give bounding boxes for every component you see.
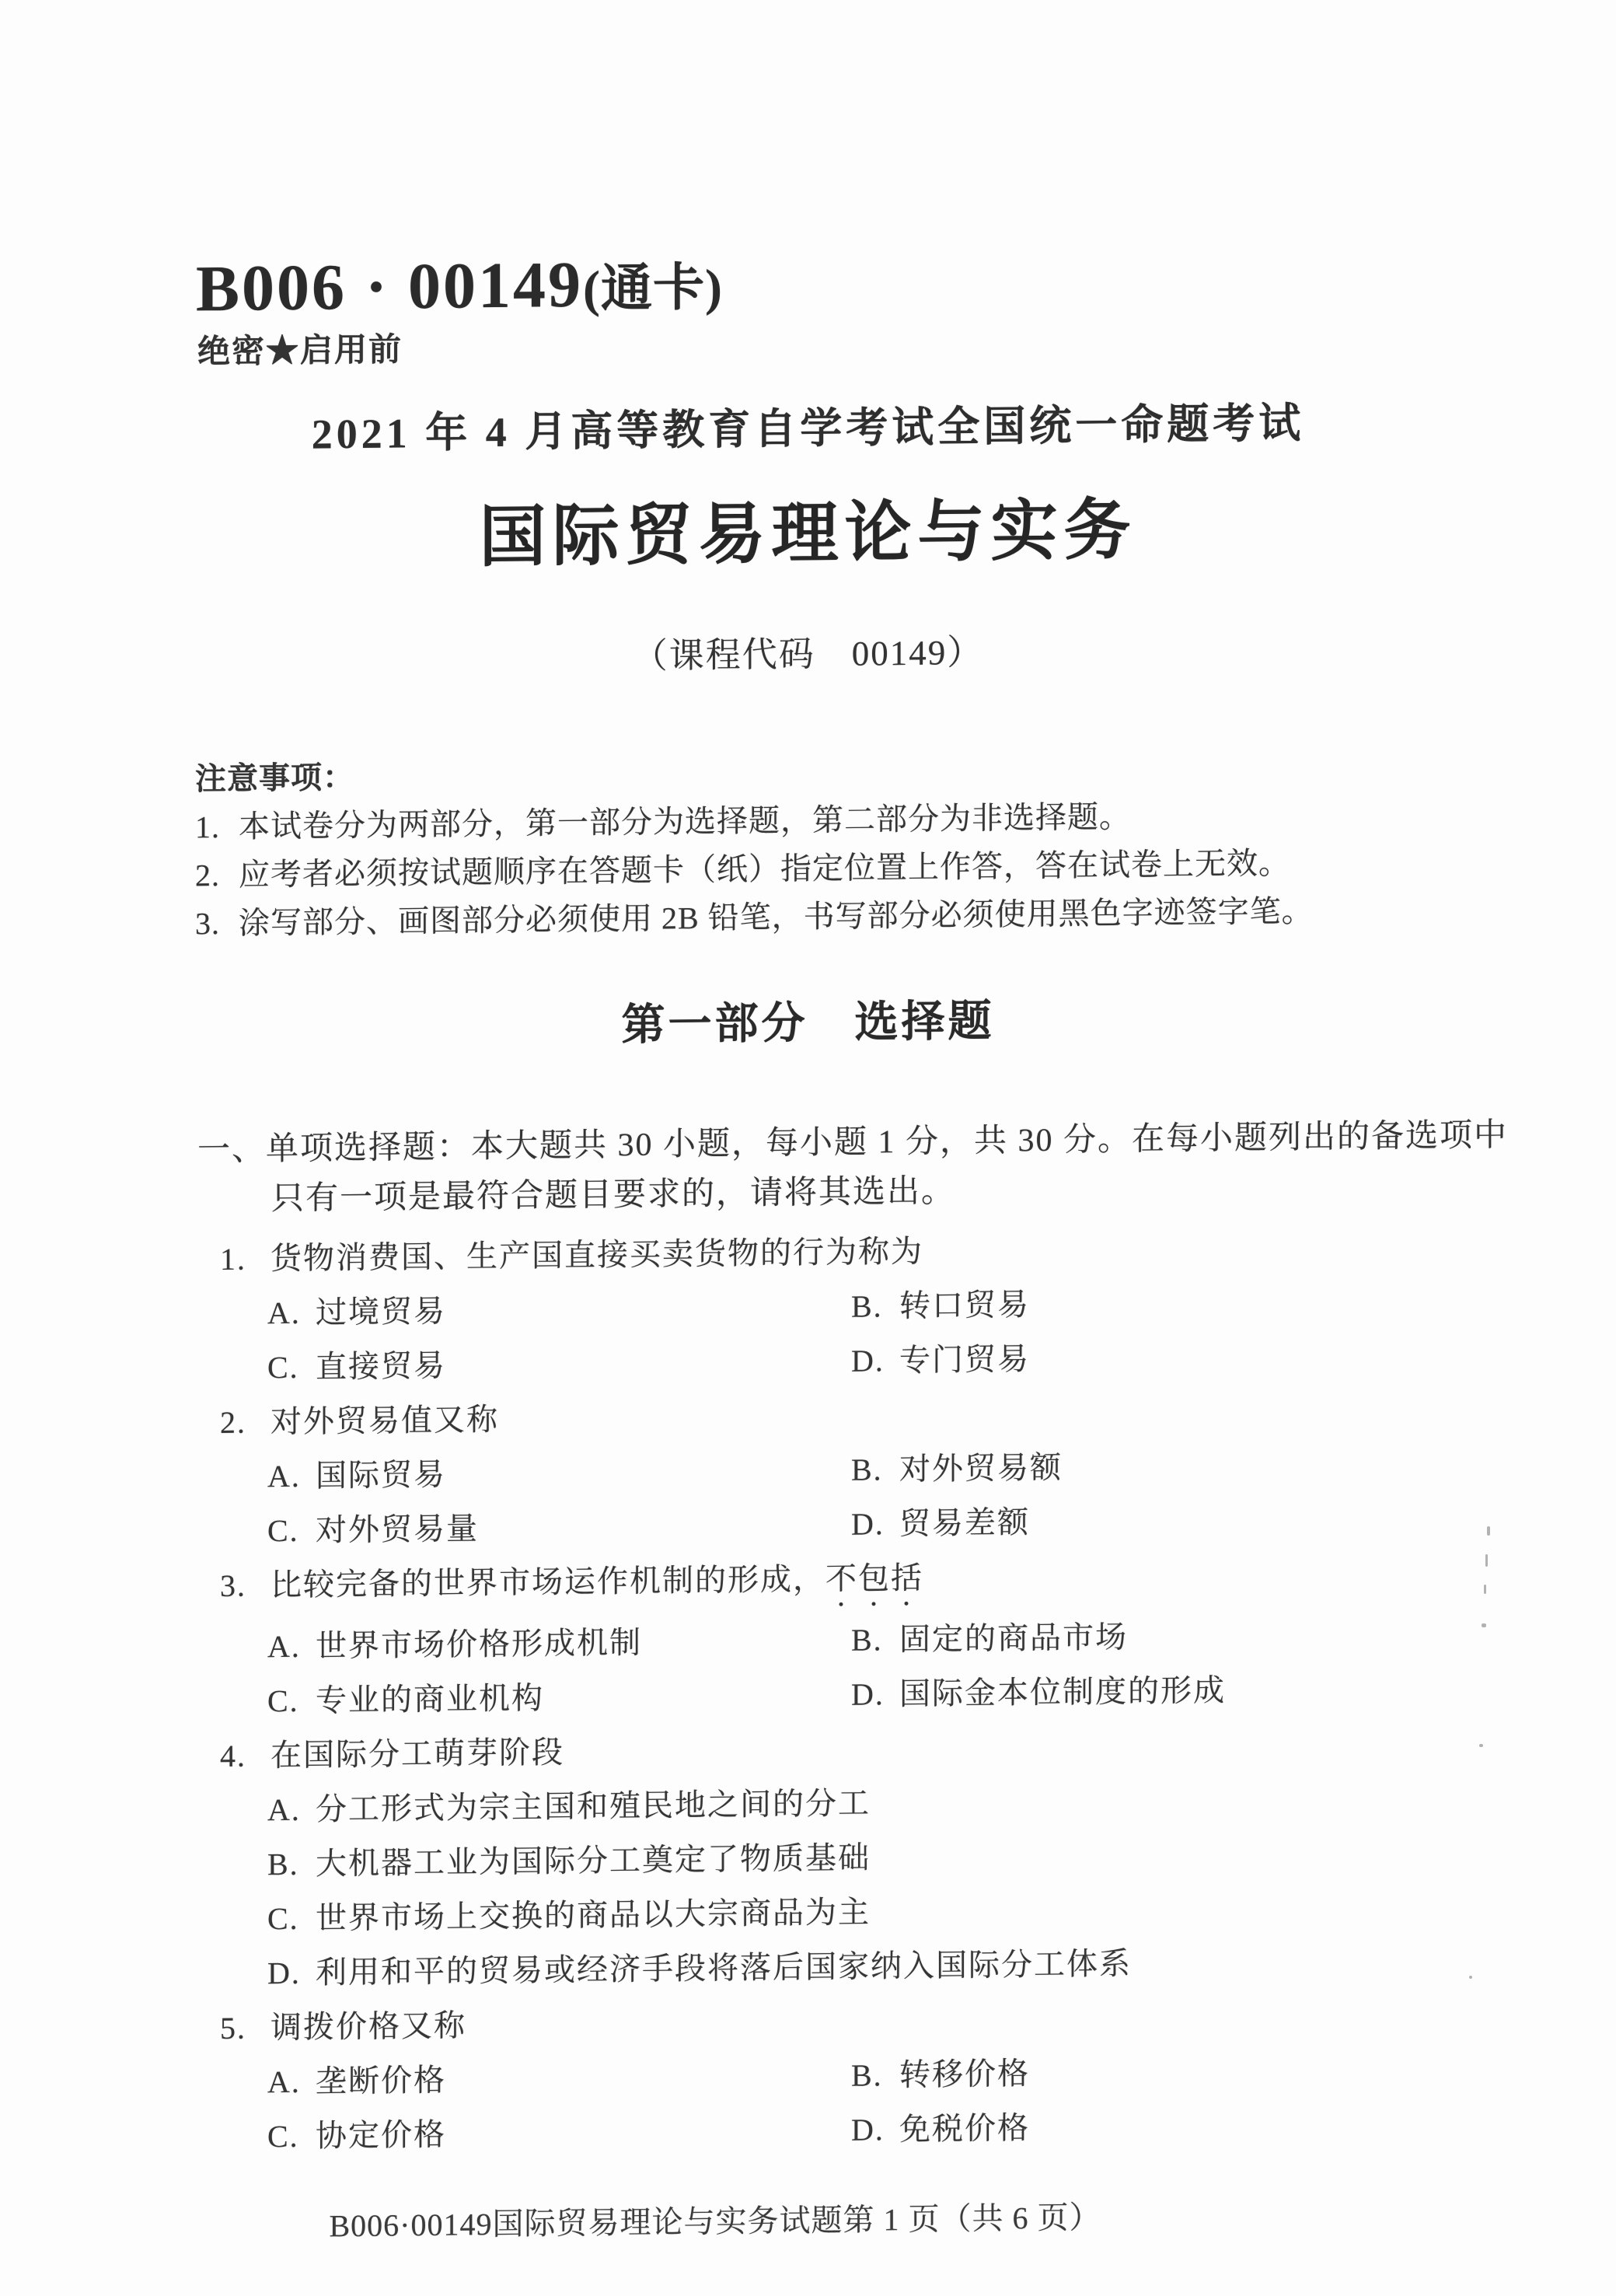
question-3: 3. 比较完备的世界市场运作机制的形成，不包括 A. 世界市场价格形成机制 B.…	[220, 1545, 1479, 1729]
option-label: D.	[267, 1946, 316, 2001]
option-label: D.	[851, 1667, 899, 1722]
option-c: C. 直接贸易	[267, 1334, 851, 1396]
question-stem-text: 在国际分工萌芽阶段	[270, 1725, 564, 1783]
question-options: A. 国际贸易 B. 对外贸易额 C. 对外贸易量 D. 贸易差额	[220, 1436, 1479, 1559]
option-text: 分工形式为宗主国和殖民地之间的分工	[316, 1777, 871, 1837]
page-footer: B006·00149国际贸易理论与实务试题第 1 页（共 6 页）	[307, 2202, 1123, 2242]
option-label: C.	[267, 1892, 316, 1947]
option-c: C. 专业的商业机构	[267, 1668, 851, 1729]
option-text: 世界市场上交换的商品以大宗商品为主	[316, 1885, 871, 1946]
option-d: D. 贸易差额	[851, 1490, 1479, 1552]
option-text: 转移价格	[899, 2046, 1030, 2102]
option-label: A.	[267, 1783, 316, 1838]
option-text: 国际金本位制度的形成	[899, 1663, 1226, 1721]
question-1: 1. 货物消费国、生产国直接买卖货物的行为称为 A. 过境贸易 B. 转口贸易 …	[220, 1218, 1479, 1396]
option-d: D. 免税价格	[851, 2096, 1479, 2158]
scan-artifact	[1479, 1744, 1483, 1747]
option-text: 大机器工业为国际分工奠定了物质基础	[316, 1831, 871, 1892]
question-5: 5. 调拨价格又称 A. 垄断价格 B. 转移价格 C. 协定价格	[220, 1987, 1479, 2165]
section-one-heading: 第一部分 选择题	[0, 993, 1616, 1055]
option-label: D.	[851, 1497, 899, 1552]
option-text: 对外贸易量	[316, 1501, 479, 1557]
option-label: B.	[267, 1837, 316, 1892]
question-number: 5.	[220, 2001, 270, 2056]
option-text: 专门贸易	[899, 1332, 1030, 1388]
scan-artifact	[1485, 1554, 1488, 1567]
option-label: B.	[851, 1613, 899, 1668]
paper-code: B006 · 00149(通卡)	[196, 251, 723, 323]
option-a: A. 过境贸易	[267, 1280, 851, 1341]
option-label: A.	[267, 2055, 316, 2110]
option-text: 对外贸易额	[899, 1441, 1063, 1497]
page-content: B006 · 00149(通卡) 绝密★启用前 2021 年 4 月高等教育自学…	[0, 0, 1616, 2296]
question-options: A. 分工形式为宗主国和殖民地之间的分工 B. 大机器工业为国际分工奠定了物质基…	[220, 1770, 1479, 2001]
option-text: 利用和平的贸易或经济手段将落后国家纳入国际分工体系	[316, 1937, 1132, 2001]
scan-artifact	[1487, 1526, 1490, 1536]
option-d: D. 国际金本位制度的形成	[851, 1661, 1479, 1722]
option-label: A.	[267, 1286, 316, 1341]
question-4: 4. 在国际分工萌芽阶段 A. 分工形式为宗主国和殖民地之间的分工 B. 大机器…	[220, 1715, 1479, 2001]
question-2: 2. 对外贸易值又称 A. 国际贸易 B. 对外贸易额 C. 对外贸易量	[220, 1382, 1479, 1559]
exam-session-title: 2021 年 4 月高等教育自学考试全国统一命题考试	[0, 399, 1616, 460]
exam-paper-page: B006 · 00149(通卡) 绝密★启用前 2021 年 4 月高等教育自学…	[0, 0, 1616, 2296]
option-label: C.	[267, 2109, 316, 2165]
section-one-instructions: 一、单项选择题：本大题共 30 小题，每小题 1 分，共 30 分。在每小题列出…	[197, 1110, 1519, 1225]
question-options: A. 垄断价格 B. 转移价格 C. 协定价格 D. 免税价格	[220, 2042, 1479, 2165]
notice-item-number: 1.	[195, 803, 239, 852]
paper-code-suffix: (通卡)	[583, 260, 723, 318]
notice-block: 注意事项： 1. 本试卷分为两部分，第一部分为选择题，第二部分为非选择题。 2.…	[195, 741, 1478, 949]
course-code-line: （课程代码 00149）	[0, 628, 1616, 682]
option-text: 协定价格	[316, 2108, 446, 2164]
option-text: 垄断价格	[316, 2053, 446, 2109]
option-a: A. 世界市场价格形成机制	[267, 1613, 851, 1675]
question-stem-text: 调拨价格又称	[270, 1998, 466, 2055]
option-b: B. 对外贸易额	[851, 1436, 1479, 1497]
option-label: D.	[851, 1333, 899, 1389]
option-label: C.	[267, 1340, 316, 1396]
question-options: A. 过境贸易 B. 转口贸易 C. 直接贸易 D. 专门贸易	[220, 1273, 1479, 1396]
option-d: D. 专门贸易	[851, 1327, 1479, 1389]
option-c: C. 对外贸易量	[267, 1497, 851, 1559]
notice-item-number: 3.	[195, 900, 239, 949]
option-a: A. 国际贸易	[267, 1443, 851, 1504]
option-text: 转口贸易	[899, 1277, 1030, 1333]
option-label: B.	[851, 2048, 899, 2103]
option-text: 过境贸易	[316, 1284, 446, 1340]
question-number: 2.	[220, 1395, 270, 1450]
option-label: A.	[267, 1620, 316, 1675]
option-b: B. 转移价格	[851, 2042, 1479, 2103]
option-text: 贸易差额	[899, 1495, 1030, 1551]
question-options: A. 世界市场价格形成机制 B. 固定的商品市场 C. 专业的商业机构 D. 国…	[220, 1606, 1479, 1729]
option-text: 免税价格	[899, 2101, 1030, 2157]
option-label: B.	[851, 1279, 899, 1334]
secrecy-label: 绝密★启用前	[197, 334, 403, 369]
option-b: B. 固定的商品市场	[851, 1606, 1479, 1668]
question-number: 3.	[220, 1558, 270, 1620]
option-c: C. 协定价格	[267, 2103, 851, 2165]
option-label: C.	[267, 1674, 316, 1729]
option-label: A.	[267, 1449, 316, 1504]
option-label: C.	[267, 1504, 316, 1559]
option-text: 专业的商业机构	[316, 1671, 544, 1728]
option-text: 世界市场价格形成机制	[316, 1616, 642, 1674]
notice-item-number: 2.	[195, 851, 239, 900]
option-text: 国际贸易	[316, 1448, 446, 1504]
option-text: 直接贸易	[316, 1339, 446, 1395]
question-number: 1.	[220, 1232, 270, 1287]
question-number: 4.	[220, 1728, 270, 1784]
option-b: B. 转口贸易	[851, 1273, 1479, 1334]
option-a: A. 垄断价格	[267, 2049, 851, 2110]
option-text: 固定的商品市场	[899, 1610, 1128, 1667]
scan-artifact	[1469, 1976, 1472, 1979]
question-stem-emphasis: 不包括	[825, 1560, 923, 1596]
scan-artifact	[1484, 1585, 1486, 1594]
question-stem-prefix: 比较完备的世界市场运作机制的形成，	[270, 1561, 825, 1602]
question-stem-text: 对外贸易值又称	[270, 1393, 499, 1449]
question-list: 1. 货物消费国、生产国直接买卖货物的行为称为 A. 过境贸易 B. 转口贸易 …	[220, 1218, 1479, 2165]
course-title: 国际贸易理论与实务	[0, 491, 1616, 577]
question-stem-text: 比较完备的世界市场运作机制的形成，不包括	[270, 1551, 923, 1620]
scan-artifact	[1482, 1623, 1486, 1627]
option-label: B.	[851, 1442, 899, 1497]
question-stem-text: 货物消费国、生产国直接买卖货物的行为称为	[270, 1225, 923, 1287]
paper-code-number: B006 · 00149	[196, 249, 583, 326]
option-label: D.	[851, 2102, 899, 2158]
